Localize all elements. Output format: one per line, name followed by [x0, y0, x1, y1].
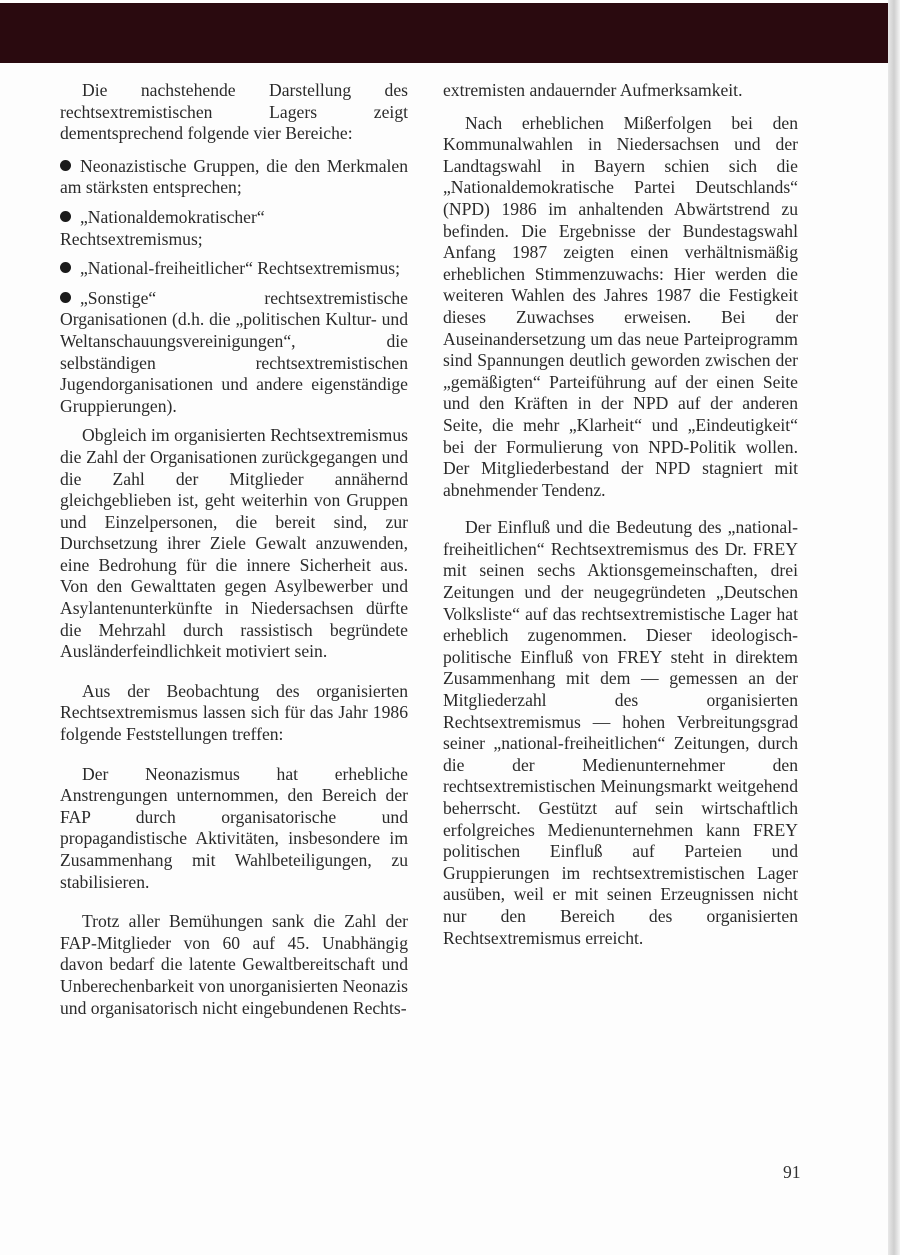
paragraph-npd: Nach erheblichen Mißerfolgen bei den Kom… [443, 113, 798, 502]
bullet-icon [60, 262, 71, 273]
bullet-icon [60, 160, 71, 171]
list-item: „Sonstige“ rechtsextremistische Organisa… [60, 288, 408, 418]
list-item-text: „National-freiheitlicher“ Rechtsextremis… [80, 258, 400, 278]
intro-paragraph: Die nachstehende Darstellung des rechtse… [60, 80, 408, 145]
list-item-text: Neonazistische Gruppen, die den Merkmale… [60, 156, 408, 198]
list-item: „National-freiheitlicher“ Rechtsextremis… [60, 258, 408, 280]
bullet-icon [60, 292, 71, 303]
list-item: Neonazistische Gruppen, die den Merkmale… [60, 156, 408, 199]
paragraph-trotz: Trotz aller Bemühungen sank die Zahl der… [60, 911, 408, 1019]
list-item-text: „Nationaldemokratischer“ Rechtsextremism… [60, 207, 265, 249]
list-item: „Nationaldemokratischer“ Rechtsextremism… [60, 207, 408, 250]
paragraph-frey: Der Einfluß und die Bedeutung des „natio… [443, 517, 798, 949]
header-bar [0, 3, 888, 63]
bullet-icon [60, 211, 71, 222]
left-column: Die nachstehende Darstellung des rechtse… [60, 80, 408, 1030]
right-column: extremisten andauernder Aufmerksamkeit. … [443, 80, 798, 960]
paragraph-beobachtung: Aus der Beobachtung des organisierten Re… [60, 681, 408, 746]
paragraph-neonazismus: Der Neonazismus hat erhebliche Anstrengu… [60, 764, 408, 894]
continuation-text: extremisten andauernder Aufmerksamkeit. [443, 80, 798, 102]
list-item-text: „Sonstige“ rechtsextremistische Organisa… [60, 288, 408, 416]
page-number: 91 [783, 1162, 801, 1183]
paragraph-obgleich: Obgleich im organisierten Rechtsextremis… [60, 425, 408, 663]
page-edge-shadow [888, 0, 900, 1255]
